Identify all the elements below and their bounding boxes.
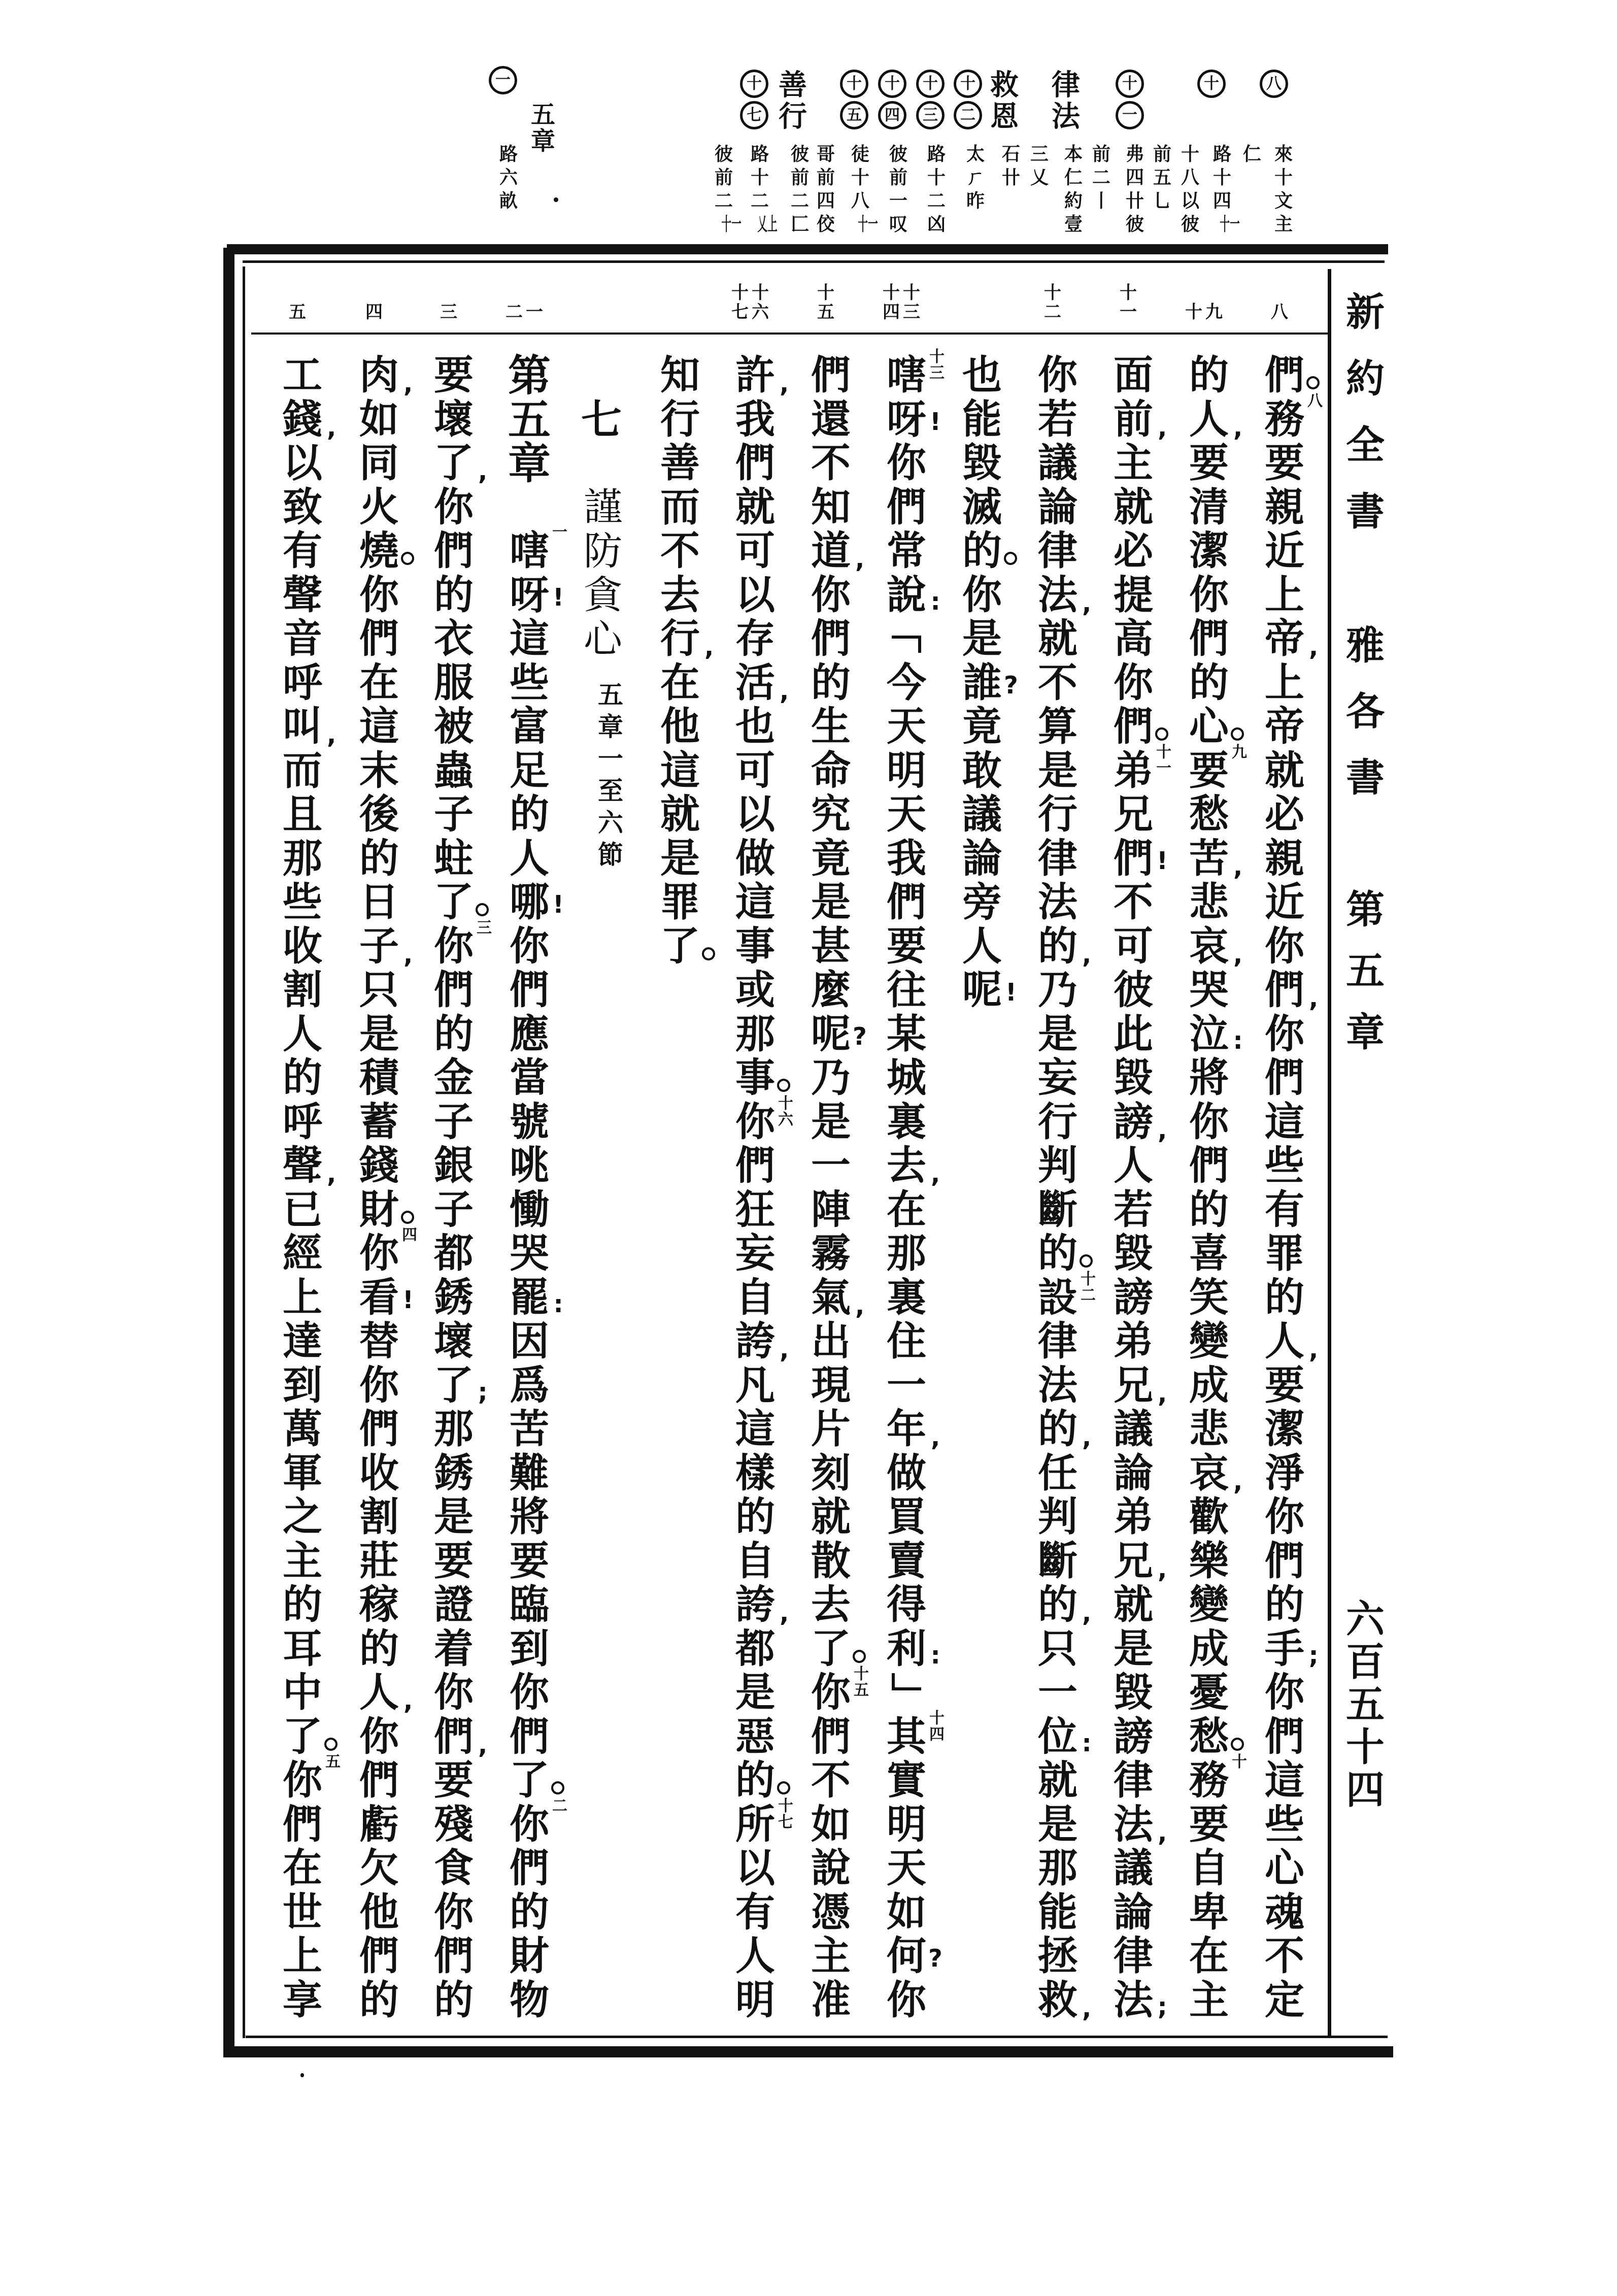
glyph: 十 [1345, 1727, 1386, 1768]
glyph: 主 [1273, 214, 1294, 235]
character: 是 [658, 837, 702, 881]
character: 天 [885, 1847, 928, 1890]
punctuation-mark: ! [399, 1287, 417, 1313]
character: 不 [658, 529, 702, 573]
character: 你 [357, 1232, 401, 1276]
character: 罷 [508, 1276, 551, 1320]
glyph: 五 [596, 680, 625, 710]
character: 近 [1263, 881, 1306, 924]
character: 在 [357, 661, 401, 705]
glyph: 仁 [1241, 144, 1263, 165]
character: 誇 [733, 1583, 777, 1627]
period-mark [702, 947, 715, 960]
glyph: 路 [498, 144, 519, 165]
character: 主 [281, 1540, 324, 1583]
character: 那 [733, 1013, 777, 1056]
character: 上 [1263, 574, 1306, 617]
character: 其 [885, 1715, 928, 1759]
character: 你 [432, 1891, 476, 1935]
verse-number-digit: 八 [1306, 393, 1324, 409]
glyph: 二 [749, 190, 770, 212]
glyph: 徒 [850, 144, 871, 165]
character: 近 [1263, 529, 1306, 573]
character: 是 [733, 1671, 777, 1715]
glyph: 前 [713, 167, 734, 188]
character: 律 [1036, 837, 1080, 881]
character: 蟲 [432, 749, 476, 793]
character: 就 [658, 793, 702, 837]
verse-number-digit: 十 [816, 283, 836, 303]
glyph: 五 [840, 101, 868, 129]
text-column: 們八務要親近上帝,上帝就必親近你們,你們這些有罪的人,要潔淨你們的手;你們這些心… [1263, 354, 1328, 2029]
character: 你 [357, 1364, 401, 1408]
verse-number-digit: 一 [1155, 760, 1172, 777]
character: 了 [432, 881, 476, 924]
character: 出 [809, 1320, 853, 1363]
character: 的 [1263, 1583, 1306, 1627]
glyph: 丨 [1091, 190, 1112, 212]
glyph: 一 [888, 190, 909, 212]
character: 論 [1111, 1452, 1155, 1495]
character: 誇 [733, 1320, 777, 1363]
character: 當 [508, 1056, 551, 1100]
character: 歡 [1187, 1495, 1231, 1539]
character: 同 [357, 442, 401, 485]
character: 聲 [281, 1144, 324, 1188]
character: 必 [1263, 793, 1306, 837]
glyph: 四 [1211, 190, 1233, 212]
verse-number-digit: 二 [551, 1798, 568, 1814]
character: 享 [281, 1979, 324, 2022]
glyph: 以 [1180, 190, 1201, 212]
quote-mark [892, 636, 921, 653]
character: 妄 [1036, 1056, 1080, 1100]
character: 就 [1036, 617, 1080, 661]
character: 是 [960, 617, 1004, 661]
character: 那 [885, 1232, 928, 1276]
text-column: 們還不知道,你們的生命究竟是甚麼呢?乃是一陣霧氣,出現片刻就散去了十五你們不如說… [809, 354, 874, 2029]
character: 行 [658, 398, 702, 442]
punctuation-mark: ? [1002, 673, 1020, 698]
punctuation-mark: ? [851, 1024, 869, 1049]
character: 你 [1263, 1671, 1306, 1715]
character: 一 [885, 1364, 928, 1408]
character: 們 [357, 617, 401, 661]
character: 得 [885, 1583, 928, 1627]
character: 替 [357, 1320, 401, 1363]
character: 這 [1263, 1759, 1306, 1803]
glyph: 十 [840, 70, 868, 98]
character: 經 [281, 1232, 324, 1276]
glyph: 路 [749, 144, 770, 165]
character: 弟 [1111, 1320, 1155, 1363]
verse-number-digit: 十 [928, 1710, 946, 1726]
punctuation-mark: , [1229, 942, 1247, 968]
glyph: 五 [1345, 1684, 1386, 1725]
character: 也 [960, 354, 1004, 397]
character: 五 [508, 398, 551, 442]
character: 這 [1263, 1101, 1306, 1144]
character: 法 [1036, 574, 1080, 617]
character: 兄 [1111, 1540, 1155, 1583]
character: 的 [432, 1013, 476, 1056]
character: 哭 [508, 1232, 551, 1276]
period-mark [1231, 1738, 1244, 1751]
character: 務 [1187, 1759, 1231, 1803]
glyph: 十 [954, 70, 982, 98]
character: 在 [885, 1188, 928, 1232]
character: 們 [1111, 705, 1155, 749]
character: 這 [658, 749, 702, 793]
frame-left-thick [223, 248, 234, 2057]
text-column: 要壞了,你們的衣服被蟲子蛀了三你們的金子銀子都銹壞了;那銹是要證着你們,要殘食你… [432, 354, 497, 2029]
character: 爲 [508, 1364, 551, 1408]
character: 有 [1263, 1188, 1306, 1232]
punctuation-mark: ; [1304, 1643, 1323, 1668]
character: 們 [508, 969, 551, 1012]
character: 音 [281, 617, 324, 661]
character: 究 [809, 793, 853, 837]
character: 蛀 [432, 837, 476, 881]
punctuation-mark: , [1153, 415, 1171, 441]
character: 麼 [809, 969, 853, 1012]
character: 人 [281, 1013, 324, 1056]
character: 們 [1187, 1144, 1231, 1188]
punctuation-mark: , [1229, 1469, 1247, 1494]
character: 們 [1263, 1715, 1306, 1759]
glyph: 前 [888, 167, 909, 188]
character: 如 [885, 1891, 928, 1935]
character: 是 [809, 881, 853, 924]
character: 們 [357, 1408, 401, 1451]
character: 世 [281, 1891, 324, 1935]
character: 子 [432, 1101, 476, 1144]
character: 有 [733, 1891, 777, 1935]
character: 火 [357, 486, 401, 529]
character: 些 [1263, 1803, 1306, 1847]
glyph: 六 [498, 167, 519, 188]
period-mark [1231, 727, 1244, 741]
character: 論 [1036, 486, 1080, 529]
character: 帝 [1263, 617, 1306, 661]
verse-row-divider [251, 332, 1328, 335]
character: 們 [733, 442, 777, 485]
character: 上 [1263, 661, 1306, 705]
verse-number-digit: 一 [551, 524, 568, 541]
character: 只 [357, 969, 401, 1012]
character: 賣 [885, 1540, 928, 1583]
character: 若 [1036, 398, 1080, 442]
character: 嗐 [885, 354, 928, 397]
character: 叫 [281, 705, 324, 749]
character: 這 [508, 617, 551, 661]
glyph: 五 [1345, 951, 1386, 991]
character: 是 [1036, 749, 1080, 793]
verse-number-digit: 十 [1155, 744, 1172, 760]
character: 笑 [1187, 1276, 1231, 1320]
glyph: 本 [1063, 144, 1084, 165]
chapter-start-column: 第五章一嗐呀!這些富足的人哪!你們應當號咷慟哭罷:因爲苦難將要臨到你們了二你們的… [508, 354, 572, 2029]
character: 律 [1111, 1935, 1155, 1978]
character: 任 [1036, 1452, 1080, 1495]
character: 的 [1036, 1408, 1080, 1451]
character: 富 [508, 705, 551, 749]
glyph: 彼 [1124, 214, 1146, 235]
glyph: 約 [1345, 358, 1386, 399]
character: 悲 [1187, 881, 1231, 924]
character: 們 [357, 1935, 401, 1978]
glyph: 律 [1049, 70, 1083, 100]
glyph: 彼 [888, 144, 909, 165]
character: 謗 [1111, 1101, 1155, 1144]
glyph: 太 [965, 144, 986, 165]
inline-verse-marker: 三 [476, 920, 493, 936]
character: 證 [432, 1583, 476, 1627]
punctuation-mark: , [1304, 986, 1323, 1011]
character: 算 [1036, 705, 1080, 749]
verse-number-digit: 十 [928, 349, 946, 365]
character: 罪 [658, 881, 702, 924]
character: 人 [733, 1935, 777, 1978]
character: 要 [432, 1759, 476, 1803]
verse-number-digit: 五 [816, 303, 836, 322]
character: 潔 [1263, 1408, 1306, 1451]
character: 哪 [508, 881, 551, 924]
inline-verse-marker: 十三 [928, 349, 946, 381]
character: 變 [1187, 1320, 1231, 1363]
verse-number-digit: 五 [853, 1682, 870, 1699]
character: 們 [508, 1715, 551, 1759]
character: 要 [1263, 442, 1306, 485]
character: 你 [1111, 661, 1155, 705]
character: 你 [733, 1101, 777, 1144]
character: 苦 [508, 1408, 551, 1451]
character: 若 [1111, 1188, 1155, 1232]
verse-number-digit: 十 [750, 283, 770, 303]
character: 我 [733, 398, 777, 442]
verse-number-digit: 十 [777, 1798, 794, 1814]
character: 了 [281, 1715, 324, 1759]
character: 你 [1036, 354, 1080, 397]
character: 現 [809, 1364, 853, 1408]
period-mark [324, 1738, 338, 1751]
character: 我 [885, 837, 928, 881]
character: 哭 [1187, 969, 1231, 1012]
character: 愁 [1187, 793, 1231, 837]
character: 上 [281, 1935, 324, 1978]
character: 就 [733, 486, 777, 529]
character: 們 [432, 529, 476, 573]
character: 而 [281, 749, 324, 793]
glyph: 章 [529, 128, 557, 154]
glyph: 四 [1345, 1770, 1386, 1810]
punctuation-mark: , [1153, 1381, 1171, 1407]
character: 議 [960, 793, 1004, 837]
character: 就 [1111, 1583, 1155, 1627]
character: 你 [432, 925, 476, 969]
character: 些 [281, 881, 324, 924]
character: 存 [733, 617, 777, 661]
punctuation-mark: , [1077, 591, 1096, 616]
glyph: 善 [776, 70, 810, 100]
text-column: 十三嗐呀!你們常說:今天明天我們要往某城裏去,在那裏住一年,做買賣得利:十四其實… [885, 354, 950, 2029]
character: 親 [1263, 837, 1306, 881]
character: 拯 [1036, 1935, 1080, 1978]
glyph: 二 [926, 190, 947, 212]
character: 難 [508, 1452, 551, 1495]
frame-bottom-thick [227, 2046, 1393, 2057]
punctuation-mark: : [1229, 1028, 1247, 1053]
punctuation-mark: , [1153, 1118, 1171, 1143]
character: 的 [960, 529, 1004, 573]
character: 議 [1036, 442, 1080, 485]
character: 到 [508, 1627, 551, 1671]
character: 那 [1036, 1847, 1080, 1890]
character: 主 [1187, 1979, 1231, 2022]
character: 呀 [885, 398, 928, 442]
character: 如 [809, 1803, 853, 1847]
character: 銹 [432, 1276, 476, 1320]
character: 了 [432, 1364, 476, 1408]
character: 乃 [809, 1056, 853, 1100]
character: 這 [733, 1408, 777, 1451]
character: 是 [1111, 1627, 1155, 1671]
punctuation-mark: , [926, 1425, 945, 1450]
character: 竟 [960, 705, 1004, 749]
character: 喜 [1187, 1232, 1231, 1276]
character: 裏 [885, 1276, 928, 1320]
glyph: 防 [581, 529, 625, 573]
text-column: 肉,如同火燒你們在這末後的日子,只是積蓄錢財四你看!替你們收割莊稼的人,你們虧欠… [357, 354, 422, 2029]
character: 親 [1263, 486, 1306, 529]
punctuation-mark: , [1153, 1820, 1171, 1846]
glyph: 路 [1211, 144, 1233, 165]
character: 兄 [1111, 793, 1155, 837]
glyph: 前 [815, 167, 836, 188]
character: 此 [1111, 1013, 1155, 1056]
character: 都 [432, 1232, 476, 1276]
character: 活 [733, 661, 777, 705]
punctuation-mark: ! [1002, 980, 1020, 1005]
character: 以 [733, 1847, 777, 1890]
glyph-pair: 十一 [858, 214, 878, 235]
character: 弟 [1111, 1495, 1155, 1539]
character: 食 [432, 1847, 476, 1890]
character: 是 [809, 1101, 853, 1144]
punctuation-mark: , [1304, 635, 1323, 660]
character: 人 [1111, 1144, 1155, 1188]
character: 上 [281, 1276, 324, 1320]
character: 人 [1263, 1320, 1306, 1363]
character: 哀 [1187, 1452, 1231, 1495]
character: 你 [1263, 1013, 1306, 1056]
period-mark [401, 552, 414, 565]
character: 中 [281, 1671, 324, 1715]
glyph: 救 [988, 70, 1021, 100]
character: 憑 [809, 1891, 853, 1935]
period-mark [777, 1781, 790, 1794]
glyph: 路 [926, 144, 947, 165]
punctuation-mark: , [1077, 1601, 1096, 1626]
character: 以 [733, 793, 777, 837]
character: 這 [357, 705, 401, 749]
text-column: 也能毀滅的你是誰?竟敢議論旁人呢! [960, 354, 1025, 2029]
character: 呼 [281, 1101, 324, 1144]
glyph: 十 [916, 70, 945, 98]
character: 的 [1036, 1583, 1080, 1627]
punctuation-mark: ? [926, 1946, 945, 1971]
character: 不 [1036, 661, 1080, 705]
character: 了 [508, 1759, 551, 1803]
character: 們 [885, 486, 928, 529]
character: 某 [885, 1013, 928, 1056]
character: 是 [1036, 1803, 1080, 1847]
character: 魂 [1263, 1891, 1306, 1935]
glyph: 彼 [713, 144, 734, 165]
character: 就 [1111, 486, 1155, 529]
period-mark [853, 1650, 866, 1663]
character: 衣 [432, 617, 476, 661]
character: 章 [508, 442, 551, 485]
punctuation-mark: , [1304, 1337, 1323, 1362]
character: 法 [1036, 881, 1080, 924]
character: 號 [508, 1101, 551, 1144]
glyph: 十 [1197, 70, 1226, 98]
glyph: 昨 [965, 190, 986, 212]
glyph: 一 [489, 66, 517, 94]
character: 狂 [733, 1188, 777, 1232]
character: 金 [432, 1056, 476, 1100]
punctuation-mark: , [775, 1337, 793, 1362]
character: 利 [885, 1627, 928, 1671]
character: 呀 [508, 574, 551, 617]
glyph: 十 [850, 167, 871, 188]
character: 往 [885, 969, 928, 1012]
character: 些 [508, 661, 551, 705]
character: 着 [432, 1627, 476, 1671]
frame-top-thick [227, 244, 1388, 254]
character: 斷 [1036, 1540, 1080, 1583]
character: 是 [357, 1013, 401, 1056]
verse-number-digit: 四 [928, 1726, 946, 1743]
character: 在 [1187, 1935, 1231, 1978]
verse-number-digit: 九 [1204, 303, 1224, 322]
glyph: 二 [789, 190, 811, 212]
glyph: 文 [1273, 190, 1294, 212]
character: 裏 [885, 1101, 928, 1144]
verse-number-digit: 十 [881, 283, 901, 303]
scanned-bible-page: 八 十 十一 律法 救恩 十二 十三 十四 十五 善行 十七 一 五章 來十文主… [0, 0, 1617, 2296]
character: 也 [733, 705, 777, 749]
character: 子 [432, 793, 476, 837]
glyph: 三 [1029, 144, 1050, 165]
character: 人 [508, 837, 551, 881]
character: 割 [281, 969, 324, 1012]
character: 萬 [281, 1408, 324, 1451]
glyph: 十 [878, 70, 906, 98]
glyph: 十一 [713, 214, 734, 235]
character: 都 [733, 1627, 777, 1671]
character: 收 [281, 925, 324, 969]
verse-number-digit: 十 [1080, 1271, 1097, 1287]
text-column: 面前,主就必提高你們十一弟兄們!不可彼此毀謗,人若毀謗弟兄,議論弟兄,就是毀謗律… [1111, 354, 1176, 2029]
glyph: 七 [740, 101, 768, 129]
glyph: 八 [850, 190, 871, 212]
character: 的 [1187, 661, 1231, 705]
character: 常 [885, 529, 928, 573]
character: 天 [885, 705, 928, 749]
character: 財 [508, 1935, 551, 1978]
